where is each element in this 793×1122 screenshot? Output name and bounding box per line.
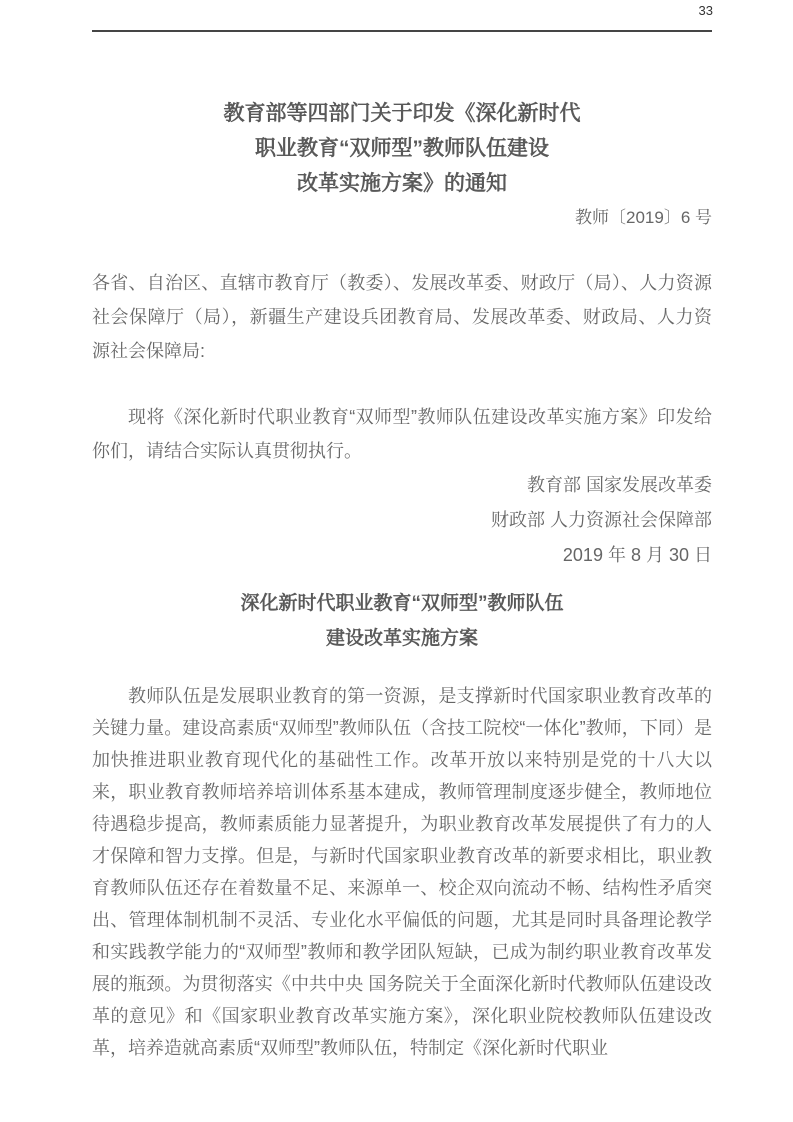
page-number: 33 [699,3,713,18]
document-number: 教师〔2019〕6 号 [92,206,712,230]
signature-block: 教育部 国家发展改革委 财政部 人力资源社会保障部 2019 年 8 月 30 … [92,468,712,573]
notice-title-line-1: 教育部等四部门关于印发《深化新时代 [92,96,712,131]
signatory-line-1: 教育部 国家发展改革委 [92,468,712,503]
plan-intro-paragraph: 教师队伍是发展职业教育的第一资源，是支撑新时代国家职业教育改革的关键力量。建设高… [92,680,712,1064]
notice-title-line-2: 职业教育“双师型”教师队伍建设 [92,131,712,166]
addressee-paragraph: 各省、自治区、直辖市教育厅（教委）、发展改革委、财政厅（局）、人力资源社会保障厅… [92,266,712,368]
notice-title: 教育部等四部门关于印发《深化新时代 职业教育“双师型”教师队伍建设 改革实施方案… [92,96,712,201]
document-page: 33 教育部等四部门关于印发《深化新时代 职业教育“双师型”教师队伍建设 改革实… [0,0,793,1122]
transmittal-paragraph: 现将《深化新时代职业教育“双师型”教师队伍建设改革实施方案》印发给你们，请结合实… [92,400,712,468]
signatory-line-2: 财政部 人力资源社会保障部 [92,503,712,538]
header-rule [92,30,712,32]
plan-title-line-2: 建设改革实施方案 [92,621,712,656]
plan-title: 深化新时代职业教育“双师型”教师队伍 建设改革实施方案 [92,586,712,656]
signature-date: 2019 年 8 月 30 日 [92,538,712,573]
plan-title-line-1: 深化新时代职业教育“双师型”教师队伍 [92,586,712,621]
notice-title-line-3: 改革实施方案》的通知 [92,166,712,201]
